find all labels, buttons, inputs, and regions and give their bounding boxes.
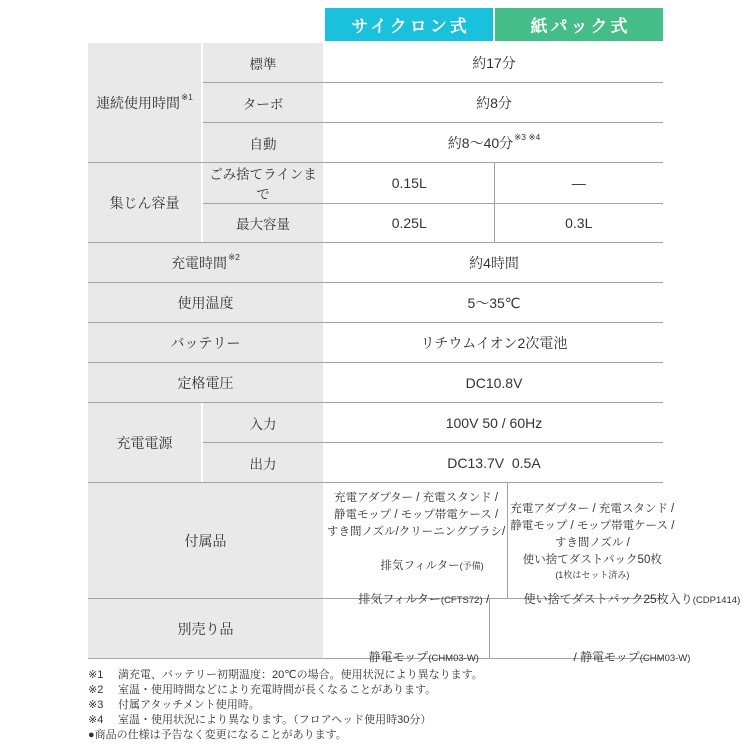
usage-time-footnote-mark: ※1 [181, 92, 193, 103]
optional-items-label: 別売り品 [88, 599, 323, 658]
charge-time-label-text: 充電時間 [171, 253, 227, 273]
subrow-max-capacity: 最大容量 0.25L 0.3L [203, 203, 663, 242]
accessories-cyclone-line: 充電アダプター / 充電スタンド / [334, 490, 498, 507]
optional-paper-cell: 使い捨てダストパック25枚入り(CDP1414) / 静電モップ(CHM03-W… [490, 599, 740, 658]
usage-time-label: 連続使用時間※1 [88, 43, 201, 162]
footnote-text: 室温・使用時間などにより充電時間が長くなることがあります。 [118, 683, 436, 698]
footnote-text: 室温・使用状況により異なります。（フロアヘッド使用時30分） [118, 713, 431, 728]
dust-capacity-label: 集じん容量 [88, 163, 201, 242]
optional-items-values: 排気フィルター(CFTS72) / 静電モップ(CHM03-W) 使い捨てダスト… [325, 599, 663, 658]
row-optional-items: 別売り品 排気フィルター(CFTS72) / 静電モップ(CHM03-W) 使い… [88, 599, 663, 659]
footnote-4: ※4 室温・使用状況により異なります。（フロアヘッド使用時30分） [88, 713, 688, 728]
accessories-paper-line: 充電アダプター / 充電スタンド / [510, 501, 674, 518]
to-line-label: ごみ捨てラインまで [203, 163, 323, 203]
output-label: 出力 [203, 443, 323, 482]
optional-paper-model: (CHM03-W) [640, 653, 691, 664]
subrow-input: 入力 100V 50 / 60Hz [203, 403, 663, 442]
usage-time-label-text: 連続使用時間 [96, 93, 180, 113]
accessories-paper-line: 使い捨てダストパック50枚 [523, 552, 662, 569]
optional-paper-line: 使い捨てダストパック25枚入り(CDP1414) [490, 571, 740, 629]
row-voltage: 定格電圧 DC10.8V [88, 363, 663, 403]
subrow-standard: 標準 約17分 [203, 43, 663, 82]
output-value: DC13.7V 0.5A [325, 443, 663, 482]
standard-value: 約17分 [325, 43, 663, 82]
temperature-value: 5〜35℃ [325, 283, 663, 322]
turbo-value: 約8分 [325, 83, 663, 122]
subrow-turbo: ターボ 約8分 [203, 82, 663, 122]
footnote-1: ※1 満充電、バッテリー初期温度：20℃の場合。使用状況により異なります。 [88, 668, 688, 683]
charge-time-footnote-mark: ※2 [228, 252, 240, 263]
row-temperature: 使用温度 5〜35℃ [88, 283, 663, 323]
optional-cyclone-model: (CHM03-W) [428, 653, 479, 664]
accessories-cyclone-line: 静電モップ / モップ帯電ケース / [334, 507, 498, 524]
optional-cyclone-model: (CFTS72) [441, 595, 483, 606]
usage-time-subrows: 標準 約17分 ターボ 約8分 自動 約8〜40分※3 ※4 [203, 43, 663, 162]
to-line-paper-value: — [495, 163, 664, 203]
optional-cyclone-cell: 排気フィルター(CFTS72) / 静電モップ(CHM03-W) [325, 599, 489, 658]
charge-time-label: 充電時間※2 [88, 243, 323, 282]
row-battery: バッテリー リチウムイオン2次電池 [88, 323, 663, 363]
max-capacity-paper-value: 0.3L [495, 204, 664, 242]
accessories-paper-line: 静電モップ / モップ帯電ケース / [510, 518, 674, 535]
accessories-cyclone-line-note: (予備) [460, 561, 484, 571]
input-value: 100V 50 / 60Hz [325, 403, 663, 442]
subrow-to-line: ごみ捨てラインまで 0.15L — [203, 163, 663, 203]
accessories-cyclone-line: すき間ノズル/クリーニングブラシ/ [327, 524, 505, 541]
row-power-source: 充電電源 入力 100V 50 / 60Hz 出力 DC13.7V 0.5A [88, 403, 663, 483]
subrow-output: 出力 DC13.7V 0.5A [203, 442, 663, 482]
footnotes: ※1 満充電、バッテリー初期温度：20℃の場合。使用状況により異なります。 ※2… [88, 668, 688, 743]
footnote-3: ※3 付属アタッチメント使用時。 [88, 698, 688, 713]
optional-cyclone-line: 排気フィルター(CFTS72) / [325, 571, 489, 629]
footnote-2: ※2 室温・使用時間などにより充電時間が長くなることがあります。 [88, 683, 688, 698]
max-capacity-cyclone-value: 0.25L [325, 204, 494, 242]
optional-paper-item: / 静電モップ [573, 650, 639, 664]
row-usage-time: 連続使用時間※1 標準 約17分 ターボ 約8分 自動 約8〜40分※3 ※4 [88, 43, 663, 163]
input-label: 入力 [203, 403, 323, 442]
subrow-auto: 自動 約8〜40分※3 ※4 [203, 122, 663, 162]
accessories-paper-line: すき間ノズル / [555, 535, 630, 552]
to-line-cyclone-value: 0.15L [325, 163, 494, 203]
auto-footnote-marks: ※3 ※4 [514, 132, 540, 143]
spec-change-note: ●商品の仕様は予告なく変更になることがあります。 [88, 728, 688, 743]
power-source-label: 充電電源 [88, 403, 201, 482]
power-source-subrows: 入力 100V 50 / 60Hz 出力 DC13.7V 0.5A [203, 403, 663, 482]
optional-cyclone-item: 排気フィルター [358, 592, 441, 606]
header-paper: 紙パック式 [495, 8, 663, 41]
battery-value: リチウムイオン2次電池 [325, 323, 663, 362]
max-capacity-values: 0.25L 0.3L [325, 204, 663, 242]
auto-value: 約8〜40分※3 ※4 [325, 123, 663, 162]
footnote-mark: ※1 [88, 668, 118, 683]
footnote-mark: ※4 [88, 713, 118, 728]
temperature-label: 使用温度 [88, 283, 323, 322]
footnote-mark: ※3 [88, 698, 118, 713]
charge-time-value: 約4時間 [325, 243, 663, 282]
dust-capacity-subrows: ごみ捨てラインまで 0.15L — 最大容量 0.25L 0.3L [203, 163, 663, 242]
auto-value-text: 約8〜40分 [448, 133, 513, 153]
table-header: サイクロン式 紙パック式 [325, 8, 663, 41]
optional-cyclone-item: 静電モップ [369, 650, 429, 664]
battery-label: バッテリー [88, 323, 323, 362]
auto-label: 自動 [203, 123, 323, 162]
standard-label: 標準 [203, 43, 323, 82]
header-cyclone: サイクロン式 [325, 8, 493, 41]
row-dust-capacity: 集じん容量 ごみ捨てラインまで 0.15L — 最大容量 0.25L 0.3L [88, 163, 663, 243]
to-line-values: 0.15L — [325, 163, 663, 203]
max-capacity-label: 最大容量 [203, 204, 323, 242]
footnote-text: 付属アタッチメント使用時。 [118, 698, 260, 713]
footnote-text: 満充電、バッテリー初期温度：20℃の場合。使用状況により異なります。 [118, 668, 483, 683]
spec-table: サイクロン式 紙パック式 連続使用時間※1 標準 約17分 ターボ 約8分 自動 [88, 8, 663, 659]
turbo-label: ターボ [203, 83, 323, 122]
optional-cyclone-separator: / [483, 592, 490, 606]
row-charge-time: 充電時間※2 約4時間 [88, 243, 663, 283]
voltage-value: DC10.8V [325, 363, 663, 402]
optional-paper-model: (CDP1414) [693, 595, 741, 606]
accessories-label: 付属品 [88, 483, 323, 598]
optional-paper-item: 使い捨てダストパック25枚入り [524, 592, 693, 606]
voltage-label: 定格電圧 [88, 363, 323, 402]
footnote-mark: ※2 [88, 683, 118, 698]
